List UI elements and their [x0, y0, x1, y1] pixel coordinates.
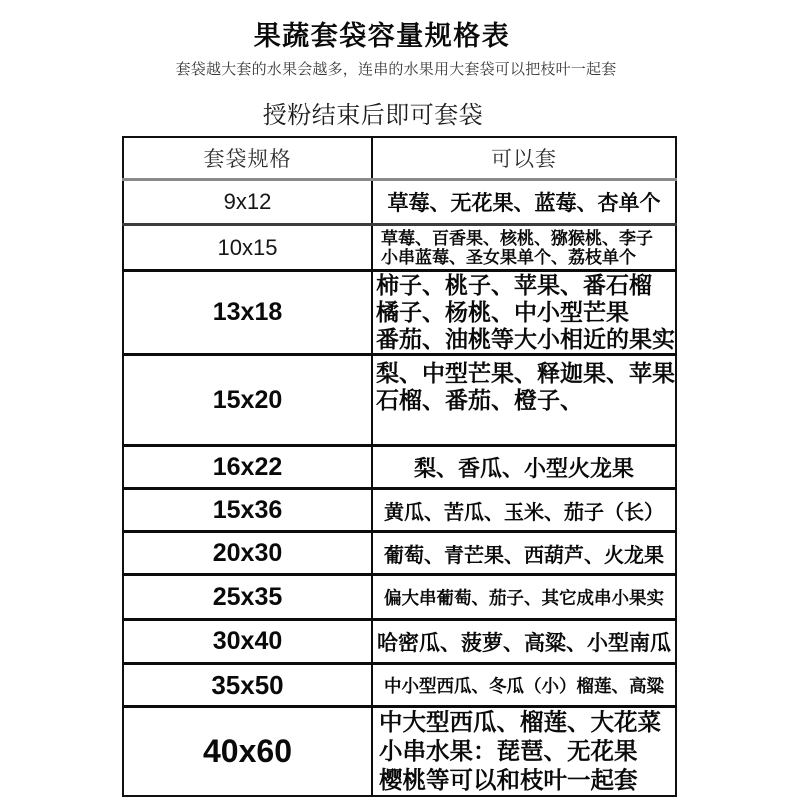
- table-row: 20x30 葡萄、青芒果、西葫芦、火龙果: [123, 532, 676, 575]
- page: 果蔬套袋容量规格表 套袋越大套的水果会越多，连串的水果用大套袋可以把枝叶一起套 …: [0, 0, 800, 800]
- items-line: 梨、中型芒果、释迦果、苹果: [376, 360, 675, 387]
- items-line: 偏大串葡萄、茄子、其它成串小果实: [373, 585, 675, 610]
- items-line: 黄瓜、苦瓜、玉米、茄子（长）: [373, 496, 675, 525]
- spec-cell: 15x36: [123, 489, 372, 532]
- table-row: 25x35 偏大串葡萄、茄子、其它成串小果实: [123, 575, 676, 620]
- items-cell: 偏大串葡萄、茄子、其它成串小果实: [372, 575, 676, 620]
- spec-cell: 16x22: [123, 446, 372, 489]
- spec-cell: 35x50: [123, 664, 372, 707]
- spec-cell: 15x20: [123, 355, 372, 446]
- items-line: 石榴、番茄、橙子、: [376, 387, 675, 414]
- items-cell: 草莓、百香果、核桃、猕猴桃、李子 小串蓝莓、圣女果单个、荔枝单个: [372, 225, 676, 271]
- items-line: 橘子、杨桃、中小型芒果: [376, 299, 675, 326]
- table-row: 35x50 中小型西瓜、冬瓜（小）榴莲、高粱: [123, 664, 676, 707]
- items-line: 中小型西瓜、冬瓜（小）榴莲、高粱: [373, 673, 675, 698]
- page-subtitle: 套袋越大套的水果会越多，连串的水果用大套袋可以把枝叶一起套: [0, 58, 796, 79]
- items-line: 樱桃等可以和枝叶一起套: [379, 766, 675, 795]
- items-line: 葡萄、青芒果、西葫芦、火龙果: [373, 539, 675, 568]
- items-line: 中大型西瓜、榴莲、大花菜: [379, 708, 675, 737]
- items-line: 哈密瓜、菠萝、高粱、小型南瓜: [373, 627, 675, 657]
- table-row: 40x60 中大型西瓜、榴莲、大花菜 小串水果：琵琶、无花果 樱桃等可以和枝叶一…: [123, 707, 676, 797]
- table-row: 9x12 草莓、无花果、蓝莓、杏单个: [123, 180, 676, 225]
- items-cell: 中大型西瓜、榴莲、大花菜 小串水果：琵琶、无花果 樱桃等可以和枝叶一起套: [372, 707, 676, 797]
- items-cell: 梨、香瓜、小型火龙果: [372, 446, 676, 489]
- spec-cell: 30x40: [123, 620, 372, 664]
- items-cell: 黄瓜、苦瓜、玉米、茄子（长）: [372, 489, 676, 532]
- spec-cell: 9x12: [123, 180, 372, 225]
- table-row: 16x22 梨、香瓜、小型火龙果: [123, 446, 676, 489]
- page-title: 果蔬套袋容量规格表: [0, 14, 782, 53]
- spec-header-cell: 套袋规格: [123, 137, 372, 180]
- spec-cell: 10x15: [123, 225, 372, 271]
- items-line: 小串水果：琵琶、无花果: [379, 737, 675, 766]
- pollination-note: 授粉结束后即可套袋: [0, 95, 773, 130]
- table-row: 30x40 哈密瓜、菠萝、高粱、小型南瓜: [123, 620, 676, 664]
- items-cell: 草莓、无花果、蓝莓、杏单个: [372, 180, 676, 225]
- table-header-row: 套袋规格 可以套: [123, 137, 676, 180]
- items-line: 草莓、百香果、核桃、猕猴桃、李子: [381, 229, 675, 248]
- items-line: 番茄、油桃等大小相近的果实: [376, 326, 675, 353]
- table-row: 13x18 柿子、桃子、苹果、番石榴 橘子、杨桃、中小型芒果 番茄、油桃等大小相…: [123, 271, 676, 355]
- items-cell: 中小型西瓜、冬瓜（小）榴莲、高粱: [372, 664, 676, 707]
- items-cell: 柿子、桃子、苹果、番石榴 橘子、杨桃、中小型芒果 番茄、油桃等大小相近的果实: [372, 271, 676, 355]
- items-line: 小串蓝莓、圣女果单个、荔枝单个: [381, 248, 675, 267]
- items-cell: 哈密瓜、菠萝、高粱、小型南瓜: [372, 620, 676, 664]
- items-cell: 葡萄、青芒果、西葫芦、火龙果: [372, 532, 676, 575]
- items-line: 草莓、无花果、蓝莓、杏单个: [373, 187, 675, 217]
- spec-cell: 13x18: [123, 271, 372, 355]
- items-cell: 梨、中型芒果、释迦果、苹果 石榴、番茄、橙子、: [372, 355, 676, 446]
- table-row: 15x36 黄瓜、苦瓜、玉米、茄子（长）: [123, 489, 676, 532]
- spec-table: 套袋规格 可以套 9x12 草莓、无花果、蓝莓、杏单个 10x15 草莓、百香果…: [122, 136, 677, 797]
- items-line: 梨、香瓜、小型火龙果: [373, 452, 675, 483]
- table-row: 10x15 草莓、百香果、核桃、猕猴桃、李子 小串蓝莓、圣女果单个、荔枝单个: [123, 225, 676, 271]
- spec-cell: 40x60: [123, 707, 372, 797]
- items-header-cell: 可以套: [372, 137, 676, 180]
- spec-cell: 20x30: [123, 532, 372, 575]
- items-line: 柿子、桃子、苹果、番石榴: [376, 272, 675, 299]
- spec-cell: 25x35: [123, 575, 372, 620]
- table-row: 15x20 梨、中型芒果、释迦果、苹果 石榴、番茄、橙子、: [123, 355, 676, 446]
